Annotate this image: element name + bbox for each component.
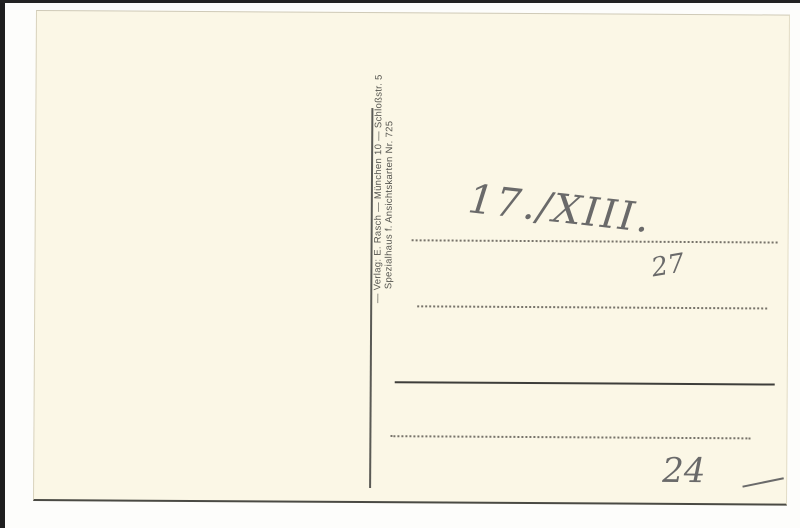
scan-edge-left bbox=[0, 0, 5, 528]
handwritten-date-suffix: 27 bbox=[649, 248, 687, 283]
handwritten-date: 17./XIII. bbox=[466, 176, 654, 242]
address-line-1 bbox=[412, 239, 778, 243]
publisher-specialty: Spezialhaus f. Ansichtskarten Nr. 725 bbox=[383, 74, 395, 303]
scan-edge-top bbox=[0, 0, 800, 3]
publisher-imprint: — Verlag: E. Rasch — München 10 — Schloß… bbox=[372, 74, 395, 303]
address-line-3 bbox=[395, 381, 775, 385]
handwritten-price: 24 bbox=[662, 451, 706, 491]
address-line-2 bbox=[417, 305, 767, 309]
postcard-back: — Verlag: E. Rasch — München 10 — Schloß… bbox=[33, 10, 790, 506]
handwritten-price-dash bbox=[742, 477, 784, 487]
address-line-4 bbox=[390, 435, 750, 439]
